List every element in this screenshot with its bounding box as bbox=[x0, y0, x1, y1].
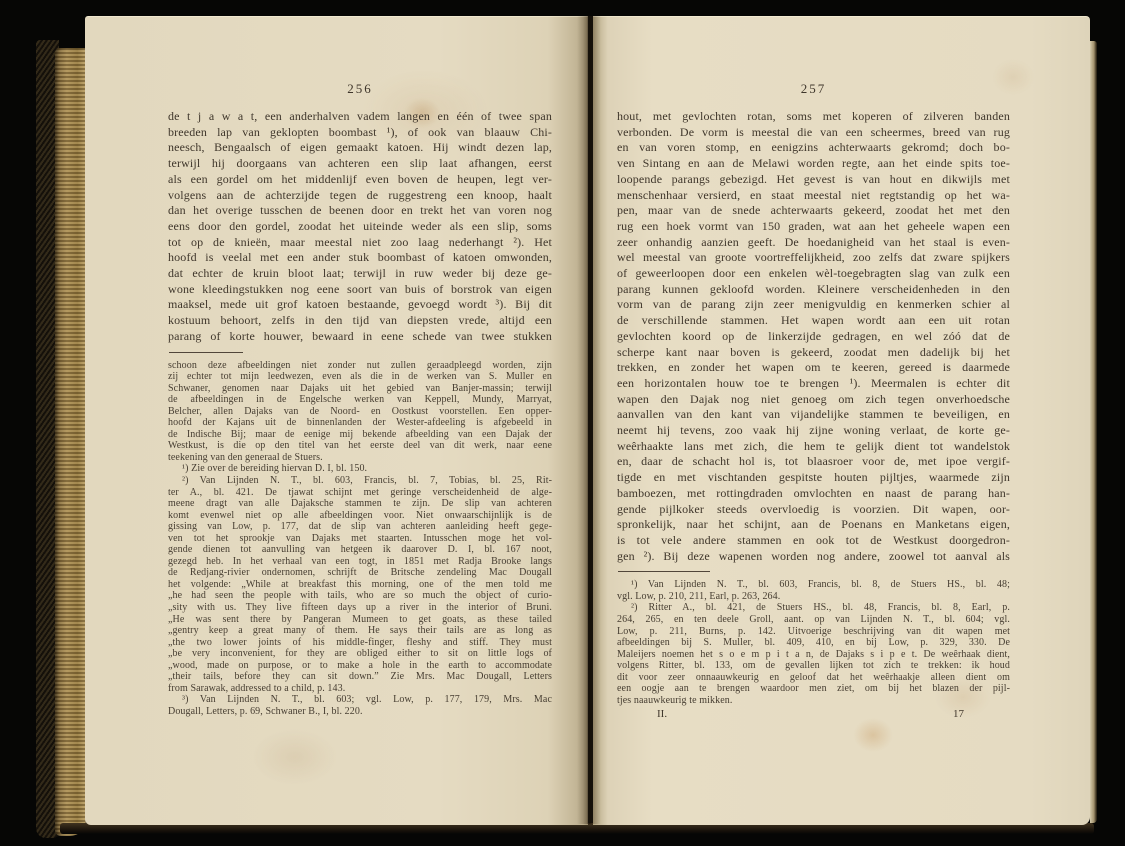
page-number-right: 257 bbox=[617, 17, 1010, 97]
text-line: parang of korte houwer, bewaard in eene … bbox=[168, 329, 552, 345]
text-line: neesch, Bengaalsch of eigen gemaakt kato… bbox=[168, 140, 552, 156]
text-line: dit voor zeer onnaauwkeurig en geloof da… bbox=[617, 672, 1010, 684]
text-line: gende dienen tot aanvulling van hetgeen … bbox=[168, 544, 552, 556]
text-line: wel meestal van groote voortreffelijkhei… bbox=[617, 250, 1010, 266]
text-line: Belcher, allen Dajaks van de Noord- en O… bbox=[168, 406, 552, 418]
text-line: ²) Van Lijnden N. T., bl. 603, Francis, … bbox=[168, 475, 552, 487]
text-line: ven tot het sprookje van Dajaks met staa… bbox=[168, 533, 552, 545]
text-line: „sity with us. They live fifteen days up… bbox=[168, 602, 552, 614]
text-line: gevlochten koord op de linkerzijde gedra… bbox=[617, 329, 1010, 345]
text-line: „wood, made on purpose, or to make a hol… bbox=[168, 660, 552, 672]
text-line: Maleijers noemen het s o e m p i t a n, … bbox=[617, 649, 1010, 661]
text-line: Dougall, Letters, p. 69, Schwaner B., I,… bbox=[168, 706, 552, 718]
text-line: 264, 265, en ten deele Groll, aant. op v… bbox=[617, 614, 1010, 626]
text-line: parang kunnen gekloofd worden. Kleinere … bbox=[617, 282, 1010, 298]
text-line: zeer onhandig aanzien geeft. De hoedanig… bbox=[617, 235, 1010, 251]
text-line: de Indische Bij; maar de eenige mij beke… bbox=[168, 429, 552, 441]
text-line: de t j a w a t, een anderhalven vadem la… bbox=[168, 109, 552, 125]
text-line: hoofd is veelal met een ander stuk boomb… bbox=[168, 250, 552, 266]
text-line: gende pijlkoker steeds overvloedig is vo… bbox=[617, 502, 1010, 518]
right-page-footnotes: ¹) Van Lijnden N. T., bl. 603, Francis, … bbox=[617, 579, 1010, 706]
book-photo: 256 de t j a w a t, een anderhalven vade… bbox=[0, 0, 1125, 846]
text-line: verbonden. De vorm is meestal die van ee… bbox=[617, 125, 1010, 141]
text-line: teekening van den generaal de Stuers. bbox=[168, 452, 552, 464]
text-line: en, daar de schacht hol is, tot blaasroe… bbox=[617, 454, 1010, 470]
text-line: gen ²). Bij deze wapenen worden nog ande… bbox=[617, 549, 1010, 565]
text-line: zij echter tot mijn leedwezen, even als … bbox=[168, 371, 552, 383]
text-line: Low, p. 211, Burns, p. 142. Uitvoerige b… bbox=[617, 626, 1010, 638]
text-line: wapen den Dajak nog niet genoeg om zich … bbox=[617, 392, 1010, 408]
text-line: loopende parangs gebezigd. Het gevest is… bbox=[617, 172, 1010, 188]
text-line: Westkust, is die op den titel van het ee… bbox=[168, 440, 552, 452]
sheet-signature: 17 bbox=[953, 708, 964, 720]
text-line: vgl. Low, p. 210, 211, Earl, p. 263, 264… bbox=[617, 591, 1010, 603]
text-line: of geweerloopen door een enkelen wèl-toe… bbox=[617, 266, 1010, 282]
text-line: volgens aan de achterzijde tegen de rugg… bbox=[168, 188, 552, 204]
left-page-body-text: de t j a w a t, een anderhalven vadem la… bbox=[168, 109, 552, 345]
text-line: neemt hij tevens, zoo vaak hij zijne won… bbox=[617, 423, 1010, 439]
text-line: hout, met gevlochten rotan, soms met kop… bbox=[617, 109, 1010, 125]
signature-line: II. 17 bbox=[617, 708, 1010, 720]
text-line: de afbeeldingen in de Engelsche werken v… bbox=[168, 394, 552, 406]
text-line: hoofd der Kajans uit de binnenlanden der… bbox=[168, 417, 552, 429]
right-page-body-text: hout, met gevlochten rotan, soms met kop… bbox=[617, 109, 1010, 564]
text-line: „He was sent there by Pangeran Mumeen to… bbox=[168, 614, 552, 626]
text-line: kostuum behoort, zelfs in den tijd van d… bbox=[168, 313, 552, 329]
text-line: maaksel, mede uit grof katoen bestaande,… bbox=[168, 297, 552, 313]
text-line: scherpe kant naar boven is gekeerd, zood… bbox=[617, 345, 1010, 361]
text-line: spronkelijk, naar het schijnt, aan de Po… bbox=[617, 517, 1010, 533]
text-line: de verschillende stammen. Het wapen word… bbox=[617, 313, 1010, 329]
text-line: dat echter de kruin bloot laat; terwijl … bbox=[168, 266, 552, 282]
left-page: 256 de t j a w a t, een anderhalven vade… bbox=[85, 16, 588, 825]
text-line: als een gordel om het middenlijf even bo… bbox=[168, 172, 552, 188]
right-page: 257 hout, met gevlochten rotan, soms met… bbox=[593, 16, 1090, 825]
text-line: de Redjang-rivier ondernomen, schrijft d… bbox=[168, 567, 552, 579]
text-line: dan het overige tusschen de beenen door … bbox=[168, 203, 552, 219]
text-line: een horizontalen houw toe te brengen ¹).… bbox=[617, 376, 1010, 392]
text-line: een oogje aan te brengen waardoor men zi… bbox=[617, 683, 1010, 695]
page-number-left: 256 bbox=[168, 17, 552, 97]
text-line: ³) Van Lijnden N. T., bl. 603; vgl. Low,… bbox=[168, 694, 552, 706]
text-line: Schwaner, genomen naar Dajaks uit het ge… bbox=[168, 383, 552, 395]
text-line: meene dragt van alle Dajaksche stammen t… bbox=[168, 498, 552, 510]
text-line: from Sarawak, addressed to a child, p. 1… bbox=[168, 683, 552, 695]
text-line: breeden lap van geklopten boombast ¹), o… bbox=[168, 125, 552, 141]
text-line: „gentry keep a great many of them. He sa… bbox=[168, 625, 552, 637]
text-line: menschenhaar versierd, en staat meestal … bbox=[617, 188, 1010, 204]
text-line: pen, maar van de snede achterwaarts geke… bbox=[617, 203, 1010, 219]
text-line: ²) Ritter A., bl. 421, de Stuers HS., bl… bbox=[617, 602, 1010, 614]
left-page-footnotes: schoon deze afbeeldingen niet zonder nut… bbox=[168, 360, 552, 718]
text-line: is tot vele andere stammen en ook tot de… bbox=[617, 533, 1010, 549]
text-line: tot op de knieën, maar meestal niet zoo … bbox=[168, 235, 552, 251]
text-line: vorm van de parang zijn zeer menigvuldig… bbox=[617, 297, 1010, 313]
volume-signature: II. bbox=[657, 708, 667, 720]
text-line: „be very inconvenient, for they are obli… bbox=[168, 648, 552, 660]
text-line: en van voren stomp, en eenigzins achterw… bbox=[617, 140, 1010, 156]
text-line: ter A., bl. 421. De tjawat schijnt met g… bbox=[168, 487, 552, 499]
text-line: trekken, en zonder het wapen om te keere… bbox=[617, 360, 1010, 376]
text-line: tjes naauwkeurig te mikken. bbox=[617, 695, 1010, 707]
text-line: ven Sintang en aan de Melawi worden regt… bbox=[617, 156, 1010, 172]
text-line: weêrhaakte lans met zich, die hem te gel… bbox=[617, 439, 1010, 455]
text-line: „the two lower joints of his middle-fing… bbox=[168, 637, 552, 649]
text-line: „their tails, before they can sit down.”… bbox=[168, 671, 552, 683]
text-line: bamboezen, met rottingdraden omvlochten … bbox=[617, 486, 1010, 502]
text-line: terwijl hij doorgaans van achteren een s… bbox=[168, 156, 552, 172]
text-line: volgens Ritter, bl. 133, om de gevallen … bbox=[617, 660, 1010, 672]
text-line: gezegd heb. In het verhaal van een togt,… bbox=[168, 556, 552, 568]
text-line: „he had seen the people with tails, who … bbox=[168, 590, 552, 602]
text-line: gissing van Low, p. 177, dat de slip van… bbox=[168, 521, 552, 533]
text-line: aanvallen van den kant van vijandelijke … bbox=[617, 407, 1010, 423]
text-line: afbeeldingen bij S. Muller, bl. 409, 410… bbox=[617, 637, 1010, 649]
text-line: eens door den gordel, zoodat het uiteind… bbox=[168, 219, 552, 235]
page-stack-fore-edge bbox=[55, 48, 86, 836]
text-line: het volgende: „While at breakfast this m… bbox=[168, 579, 552, 591]
footnote-separator-right bbox=[618, 571, 710, 572]
text-line: wone kleedingstukken nog eene soort van … bbox=[168, 282, 552, 298]
text-line: ¹) Van Lijnden N. T., bl. 603, Francis, … bbox=[617, 579, 1010, 591]
text-line: ¹) Zie over de bereiding hiervan D. I, b… bbox=[168, 463, 552, 475]
footnote-separator-left bbox=[169, 352, 243, 353]
text-line: schoon deze afbeeldingen niet zonder nut… bbox=[168, 360, 552, 372]
text-line: komt evenwel niet op alle afbeeldingen v… bbox=[168, 510, 552, 522]
text-line: tigde en met vischtanden gespitste houte… bbox=[617, 470, 1010, 486]
text-line: rug een hoek vormt van 150 graden, wat a… bbox=[617, 219, 1010, 235]
